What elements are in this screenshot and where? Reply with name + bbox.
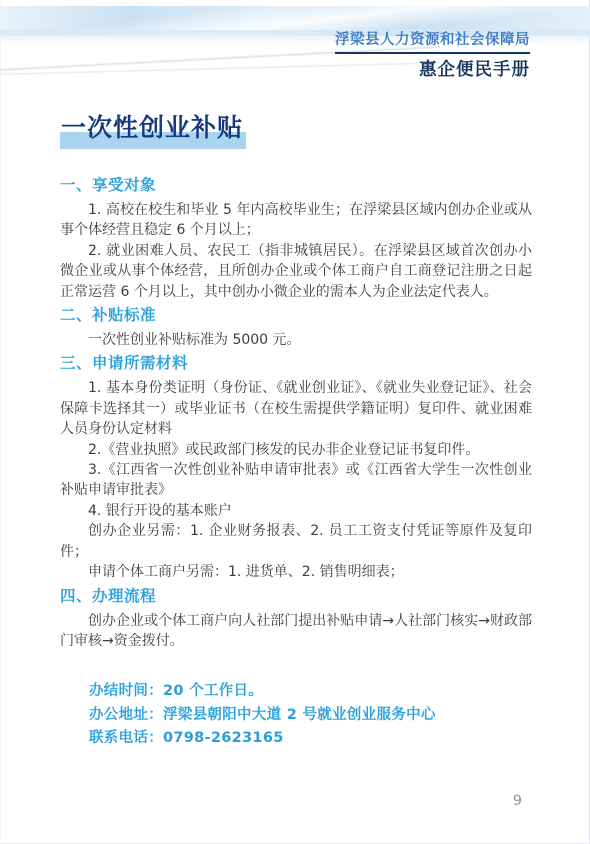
contact-phone-number: 联系电话：0798-2623165 [60,727,532,751]
section-paragraph: 3.《江西省一次性创业补贴申请审批表》或《江西省大学生一次性创业补贴申请审批表》 [60,460,532,501]
section-paragraph: 创办企业或个体工商户向人社部门提出补贴申请→人社部门核实→财政部门审核→资金拨付… [60,611,532,652]
section-paragraph: 2.《营业执照》或民政部门核发的民办非企业登记证书复印件。 [60,440,532,460]
section-heading: 一、享受对象 [60,175,532,196]
section-process: 四、办理流程 创办企业或个体工商户向人社部门提出补贴申请→人社部门核实→财政部门… [60,586,532,652]
section-heading: 三、申请所需材料 [60,353,532,374]
header-handbook-title: 惠企便民手册 [335,56,530,81]
document-page: 浮梁县人力资源和社会保障局 惠企便民手册 一次性创业补贴 一、享受对象 1. 高… [0,0,590,844]
section-heading: 二、补贴标准 [60,305,532,326]
document-content: 一次性创业补贴 一、享受对象 1. 高校在校生和毕业 5 年内高校毕业生；在浮梁… [60,108,532,751]
section-required-materials: 三、申请所需材料 1. 基本身份类证明（身份证、《就业创业证》、《就业失业登记证… [60,353,532,582]
page-header: 浮梁县人力资源和社会保障局 惠企便民手册 [335,28,530,81]
section-eligibility: 一、享受对象 1. 高校在校生和毕业 5 年内高校毕业生；在浮梁县区域内创办企业… [60,175,532,302]
section-paragraph: 1. 基本身份类证明（身份证、《就业创业证》、《就业失业登记证》、社会保障卡选择… [60,378,532,439]
document-title: 一次性创业补贴 [60,108,532,144]
section-paragraph: 一次性创业补贴标准为 5000 元。 [60,330,532,350]
header-org-name: 浮梁县人力资源和社会保障局 [335,28,530,54]
section-heading: 四、办理流程 [60,586,532,607]
contact-office-address: 办公地址：浮梁县朝阳中大道 2 号就业创业服务中心 [60,704,532,728]
section-paragraph: 申请个体工商户另需：1. 进货单、2. 销售明细表； [60,562,532,582]
page-number: 9 [513,793,522,809]
section-paragraph: 1. 高校在校生和毕业 5 年内高校毕业生；在浮梁县区域内创办企业或从事个体经营… [60,200,532,241]
section-subsidy-standard: 二、补贴标准 一次性创业补贴标准为 5000 元。 [60,305,532,350]
section-paragraph: 4. 银行开设的基本账户 [60,501,532,521]
document-title-highlight: 一次性创业补贴 [60,113,246,149]
contact-processing-time: 办结时间：20 个工作日。 [60,680,532,704]
section-paragraph: 2. 就业困难人员、农民工（指非城镇居民）。在浮梁县区域首次创办小微企业或从事个… [60,241,532,302]
contact-info-block: 办结时间：20 个工作日。 办公地址：浮梁县朝阳中大道 2 号就业创业服务中心 … [60,680,532,751]
section-paragraph: 创办企业另需：1. 企业财务报表、2. 员工工资支付凭证等原件及复印件； [60,521,532,562]
